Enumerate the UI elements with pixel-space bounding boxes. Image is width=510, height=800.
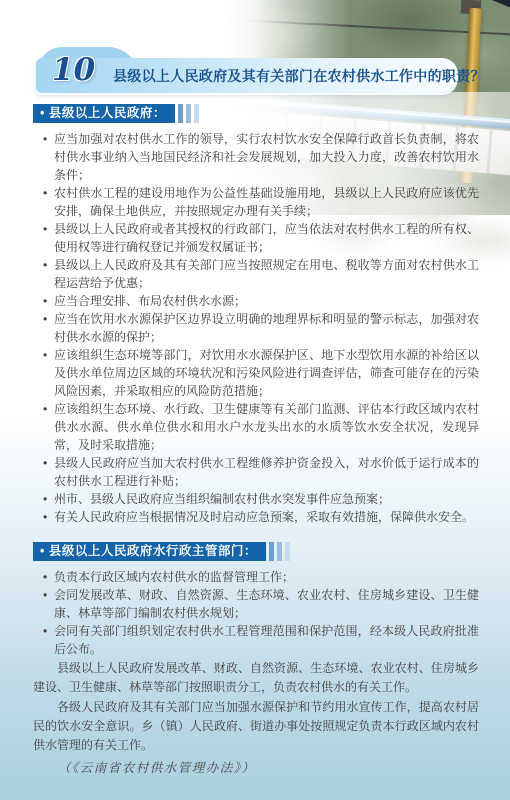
section-header: • 县级以上人民政府水行政主管部门： <box>33 542 479 561</box>
list-item: 有关人民政府应当根据情况及时启动应急预案，采取有效措施，保障供水安全。 <box>43 508 479 526</box>
list-item: 县级以上人民政府或者其授权的行政部门，应当依法对农村供水工程的所有权、使用权等进… <box>43 220 479 256</box>
header-tick-icon <box>194 104 199 123</box>
content: • 县级以上人民政府： 应当加强对农村供水工作的领导，实行农村饮水安全保障行政首… <box>33 104 479 792</box>
paragraph: 各级人民政府及其有关部门应当加强水源保护和节约用水宣传工作，提高农村居民的饮水安… <box>33 698 479 755</box>
list-item: 应当合理安排、布局农村供水水源； <box>43 292 479 310</box>
citation: （《云南省农村供水管理办法》） <box>58 758 479 776</box>
list-item: 州市、县级人民政府应当组织编制农村供水突发事件应急预案； <box>43 490 479 508</box>
list-item: 会同有关部门组织划定农村供水工程管理范围和保护范围，经本级人民政府批准后公布。 <box>43 622 479 658</box>
section-header: • 县级以上人民政府： <box>33 104 479 123</box>
section: • 县级以上人民政府： 应当加强对农村供水工作的领导，实行农村饮水安全保障行政首… <box>33 104 479 526</box>
list-item: 应该组织生态环境等部门，对饮用水水源保护区、地下水型饮用水源的补给区以及供水单位… <box>43 346 479 400</box>
list-item: 应当在饮用水水源保护区边界设立明确的地理界标和明显的警示标志，加强对农村供水水源… <box>43 310 479 346</box>
list-item: 县级人民政府应当加大农村供水工程维修养护资金投入，对水价低于运行成本的农村供水工… <box>43 454 479 490</box>
paragraph: 县级以上人民政府发展改革、财政、自然资源、生态环境、农业农村、住房城乡建设、卫生… <box>33 659 479 697</box>
paragraph-group: 县级以上人民政府发展改革、财政、自然资源、生态环境、农业农村、住房城乡建设、卫生… <box>33 659 479 776</box>
list-item: 应当加强对农村供水工作的领导，实行农村饮水安全保障行政首长负责制，将农村供水事业… <box>43 130 479 184</box>
section-heading: • 县级以上人民政府： <box>33 104 175 123</box>
list-item: 应该组织生态环境、水行政、卫生健康等有关部门监测、评估本行政区域内农村供水水源、… <box>43 400 479 454</box>
page: 10 县级以上人民政府及其有关部门在农村供水工作中的职责？ • 县级以上人民政府… <box>0 0 510 800</box>
header-tick-icon <box>285 542 290 561</box>
sections: • 县级以上人民政府： 应当加强对农村供水工作的领导，实行农村饮水安全保障行政首… <box>33 104 479 776</box>
header-tick-icon <box>277 542 282 561</box>
header-tick-icon <box>269 542 274 561</box>
bullet-list: 应当加强对农村供水工作的领导，实行农村饮水安全保障行政首长负责制，将农村供水事业… <box>43 130 479 526</box>
list-item: 负责本行政区域内农村供水的监督管理工作； <box>43 568 479 586</box>
chapter-number: 10 <box>52 48 95 92</box>
header-tick-icon <box>186 104 191 123</box>
list-item: 县级以上人民政府及其有关部门应当按照规定在用电、税收等方面对农村供水工程运营给予… <box>43 256 479 292</box>
list-item: 农村供水工程的建设用地作为公益性基础设施用地，县级以上人民政府应该优先安排，确保… <box>43 184 479 220</box>
chapter-banner: 10 县级以上人民政府及其有关部门在农村供水工作中的职责？ <box>36 47 458 93</box>
header-tick-icon <box>178 104 183 123</box>
bullet-list: 负责本行政区域内农村供水的监督管理工作；会同发展改革、财政、自然资源、生态环境、… <box>43 568 479 658</box>
section: • 县级以上人民政府水行政主管部门： 负责本行政区域内农村供水的监督管理工作；会… <box>33 542 479 776</box>
list-item: 会同发展改革、财政、自然资源、生态环境、农业农村、住房城乡建设、卫生健康、林草等… <box>43 586 479 622</box>
section-heading: • 县级以上人民政府水行政主管部门： <box>33 542 266 561</box>
page-title: 县级以上人民政府及其有关部门在农村供水工作中的职责？ <box>113 66 485 86</box>
